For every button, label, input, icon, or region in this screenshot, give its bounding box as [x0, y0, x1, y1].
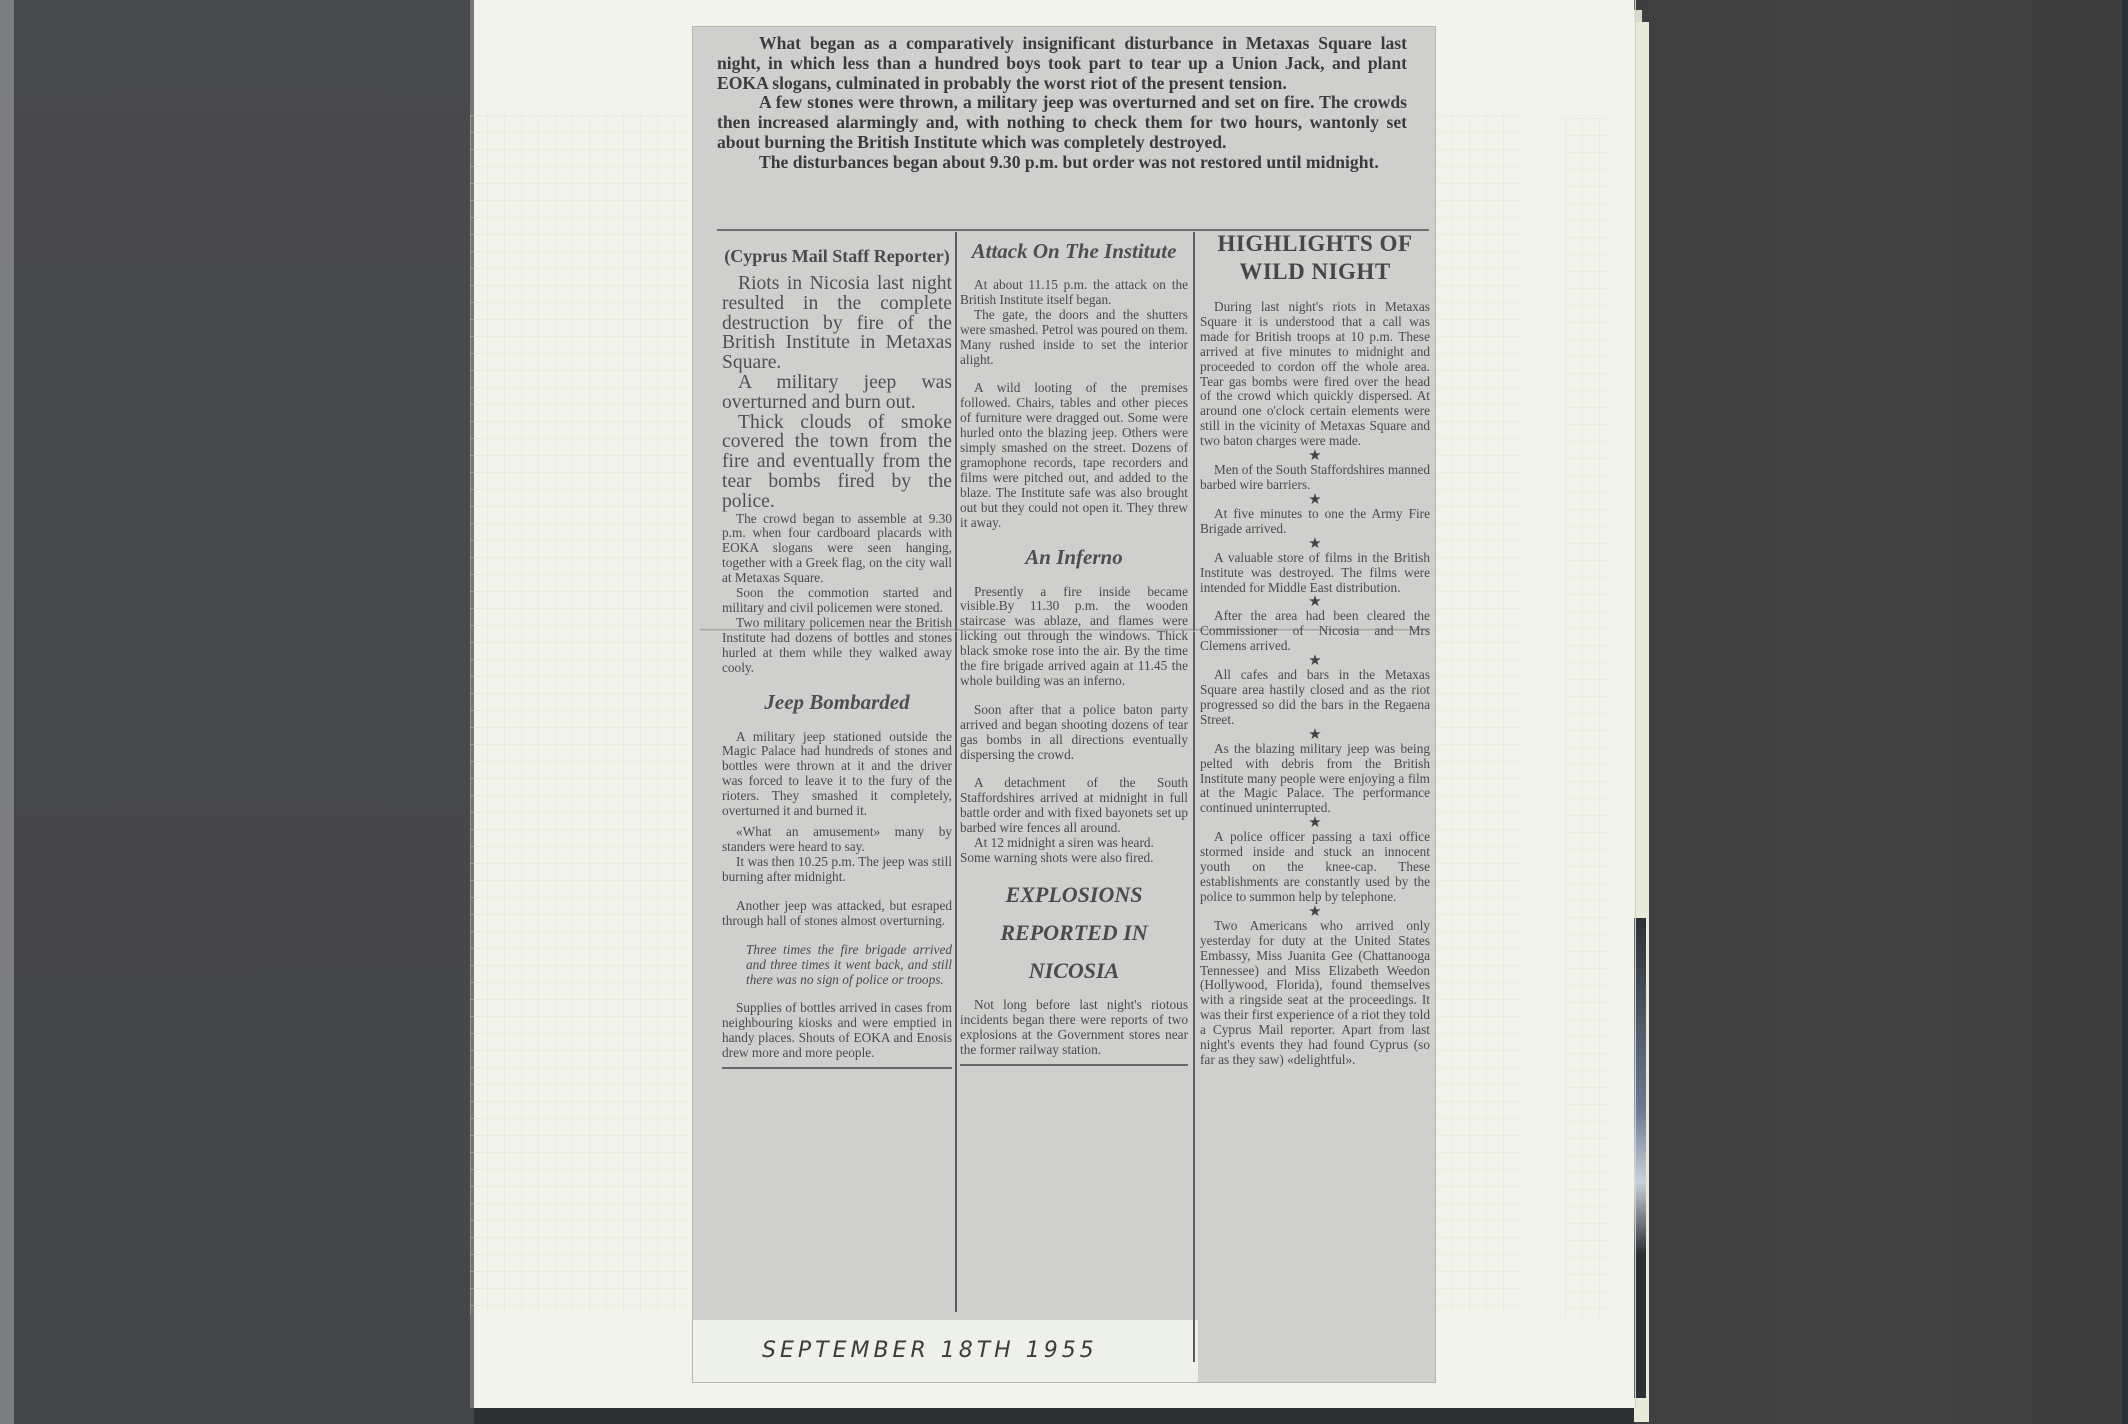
italic-note: Three times the fire brigade arrived and…: [722, 942, 952, 987]
paragraph: Thick clouds of smoke covered the town f…: [722, 413, 952, 512]
paragraph: A military jeep was overturned and burn …: [722, 373, 952, 413]
paragraph: Some warning shots were also fired.: [960, 851, 1188, 866]
body-text: At about 11.15 p.m. the attack on the Br…: [960, 278, 1188, 531]
paragraph: Not long before last night's riotous inc…: [960, 998, 1188, 1058]
handwritten-date: SEPTEMBER 18TH 1955: [762, 1338, 1098, 1363]
lead-paragraph: A few stones were thrown, a military jee…: [717, 93, 1407, 152]
paragraph: Two military policemen near the British …: [722, 616, 952, 676]
byline: (Cyprus Mail Staff Reporter): [722, 238, 952, 274]
subhead-jeep-bombarded: Jeep Bombarded: [722, 690, 952, 714]
closing-text: Supplies of bottles arrived in cases fro…: [722, 1001, 952, 1061]
paragraph: Soon after that a police baton party arr…: [960, 703, 1188, 763]
spacer: [722, 987, 952, 1001]
headline-highlights-of-wild-night: HIGHLIGHTS OF WILD NIGHT: [1200, 230, 1430, 286]
column-divider: [1193, 232, 1195, 1362]
highlight-item: All cafes and bars in the Metaxas Square…: [1200, 668, 1430, 728]
paragraph: «What an amusement» many by standers wer…: [722, 825, 952, 855]
star-icon: ★: [1200, 654, 1430, 668]
highlight-item: At five minutes to one the Army Fire Bri…: [1200, 507, 1430, 537]
background-left-edge: [0, 0, 14, 1424]
highlight-item: A police officer passing a taxi office s…: [1200, 830, 1430, 905]
background-mat-left: [14, 0, 474, 1424]
paragraph: It was then 10.25 p.m. The jeep was stil…: [722, 855, 952, 885]
subhead-attack-on-the-institute: Attack On The Institute: [960, 230, 1188, 272]
inferno-text: Presently a fire inside became visible.B…: [960, 585, 1188, 866]
column-attack-on-institute: Attack On The Institute At about 11.15 p…: [960, 230, 1188, 1066]
paragraph: A detachment of the South Staffordshires…: [960, 776, 1188, 836]
paragraph: At 12 midnight a siren was heard.: [960, 836, 1188, 851]
highlight-item: A valuable store of films in the British…: [1200, 551, 1430, 596]
intro-text: Riots in Nicosia last night resulted in …: [722, 274, 952, 512]
headline-explosions-reported: EXPLOSIONS REPORTED IN NICOSIA: [960, 876, 1188, 990]
lead-paragraph: The disturbances began about 9.30 p.m. b…: [717, 153, 1407, 173]
paragraph: The gate, the doors and the shutters wer…: [960, 308, 1188, 368]
column-end-rule: [722, 1067, 952, 1069]
spacer: [960, 689, 1188, 703]
column-divider: [955, 232, 957, 1312]
highlight-item: As the blazing military jeep was being p…: [1200, 742, 1430, 817]
lead-paragraphs: What began as a comparatively insignific…: [717, 34, 1407, 173]
spacer: [960, 367, 1188, 381]
explosions-text: Not long before last night's riotous inc…: [960, 998, 1188, 1058]
background-mat-right: [1632, 0, 2128, 1424]
page-bottom-shadow: [474, 1408, 1634, 1424]
column-staff-reporter: (Cyprus Mail Staff Reporter) Riots in Ni…: [722, 238, 952, 1069]
lead-paragraph: What began as a comparatively insignific…: [717, 34, 1407, 93]
star-icon: ★: [1200, 728, 1430, 742]
spacer: [960, 762, 1188, 776]
highlight-item: Two Americans who arrived only yesterday…: [1200, 919, 1430, 1068]
paragraph: Soon the commotion started and military …: [722, 586, 952, 616]
spacer: [722, 928, 952, 942]
highlight-item: Men of the South Staffordshires manned b…: [1200, 463, 1430, 493]
column-end-rule: [960, 1064, 1188, 1066]
subhead-an-inferno: An Inferno: [960, 545, 1188, 569]
star-icon: ★: [1200, 493, 1430, 507]
paragraph: At about 11.15 p.m. the attack on the Br…: [960, 278, 1188, 308]
star-icon: ★: [1200, 537, 1430, 551]
paragraph: The crowd began to assemble at 9.30 p.m.…: [722, 512, 952, 587]
body-text: The crowd began to assemble at 9.30 p.m.…: [722, 512, 952, 676]
star-icon: ★: [1200, 816, 1430, 830]
column-highlights: HIGHLIGHTS OF WILD NIGHT During last nig…: [1200, 228, 1430, 1068]
paragraph: Riots in Nicosia last night resulted in …: [722, 274, 952, 373]
paragraph: Supplies of bottles arrived in cases fro…: [722, 1001, 952, 1061]
star-icon: ★: [1200, 595, 1430, 609]
highlights-list: During last night's riots in Metaxas Squ…: [1200, 300, 1430, 1068]
highlight-item: After the area had been cleared the Comm…: [1200, 609, 1430, 654]
spacer: [722, 885, 952, 899]
paragraph: Presently a fire inside became visible.B…: [960, 585, 1188, 689]
paragraph: Three times the fire brigade arrived and…: [746, 942, 952, 987]
paragraph: A military jeep stationed outside the Ma…: [722, 730, 952, 819]
highlight-item: During last night's riots in Metaxas Squ…: [1200, 300, 1430, 449]
star-icon: ★: [1200, 905, 1430, 919]
paragraph: A wild looting of the premises followed.…: [960, 381, 1188, 530]
paragraph: Another jeep was attacked, but esraped t…: [722, 899, 952, 929]
jeep-text: A military jeep stationed outside the Ma…: [722, 730, 952, 929]
star-icon: ★: [1200, 449, 1430, 463]
background-right-edge: [2122, 0, 2128, 1424]
